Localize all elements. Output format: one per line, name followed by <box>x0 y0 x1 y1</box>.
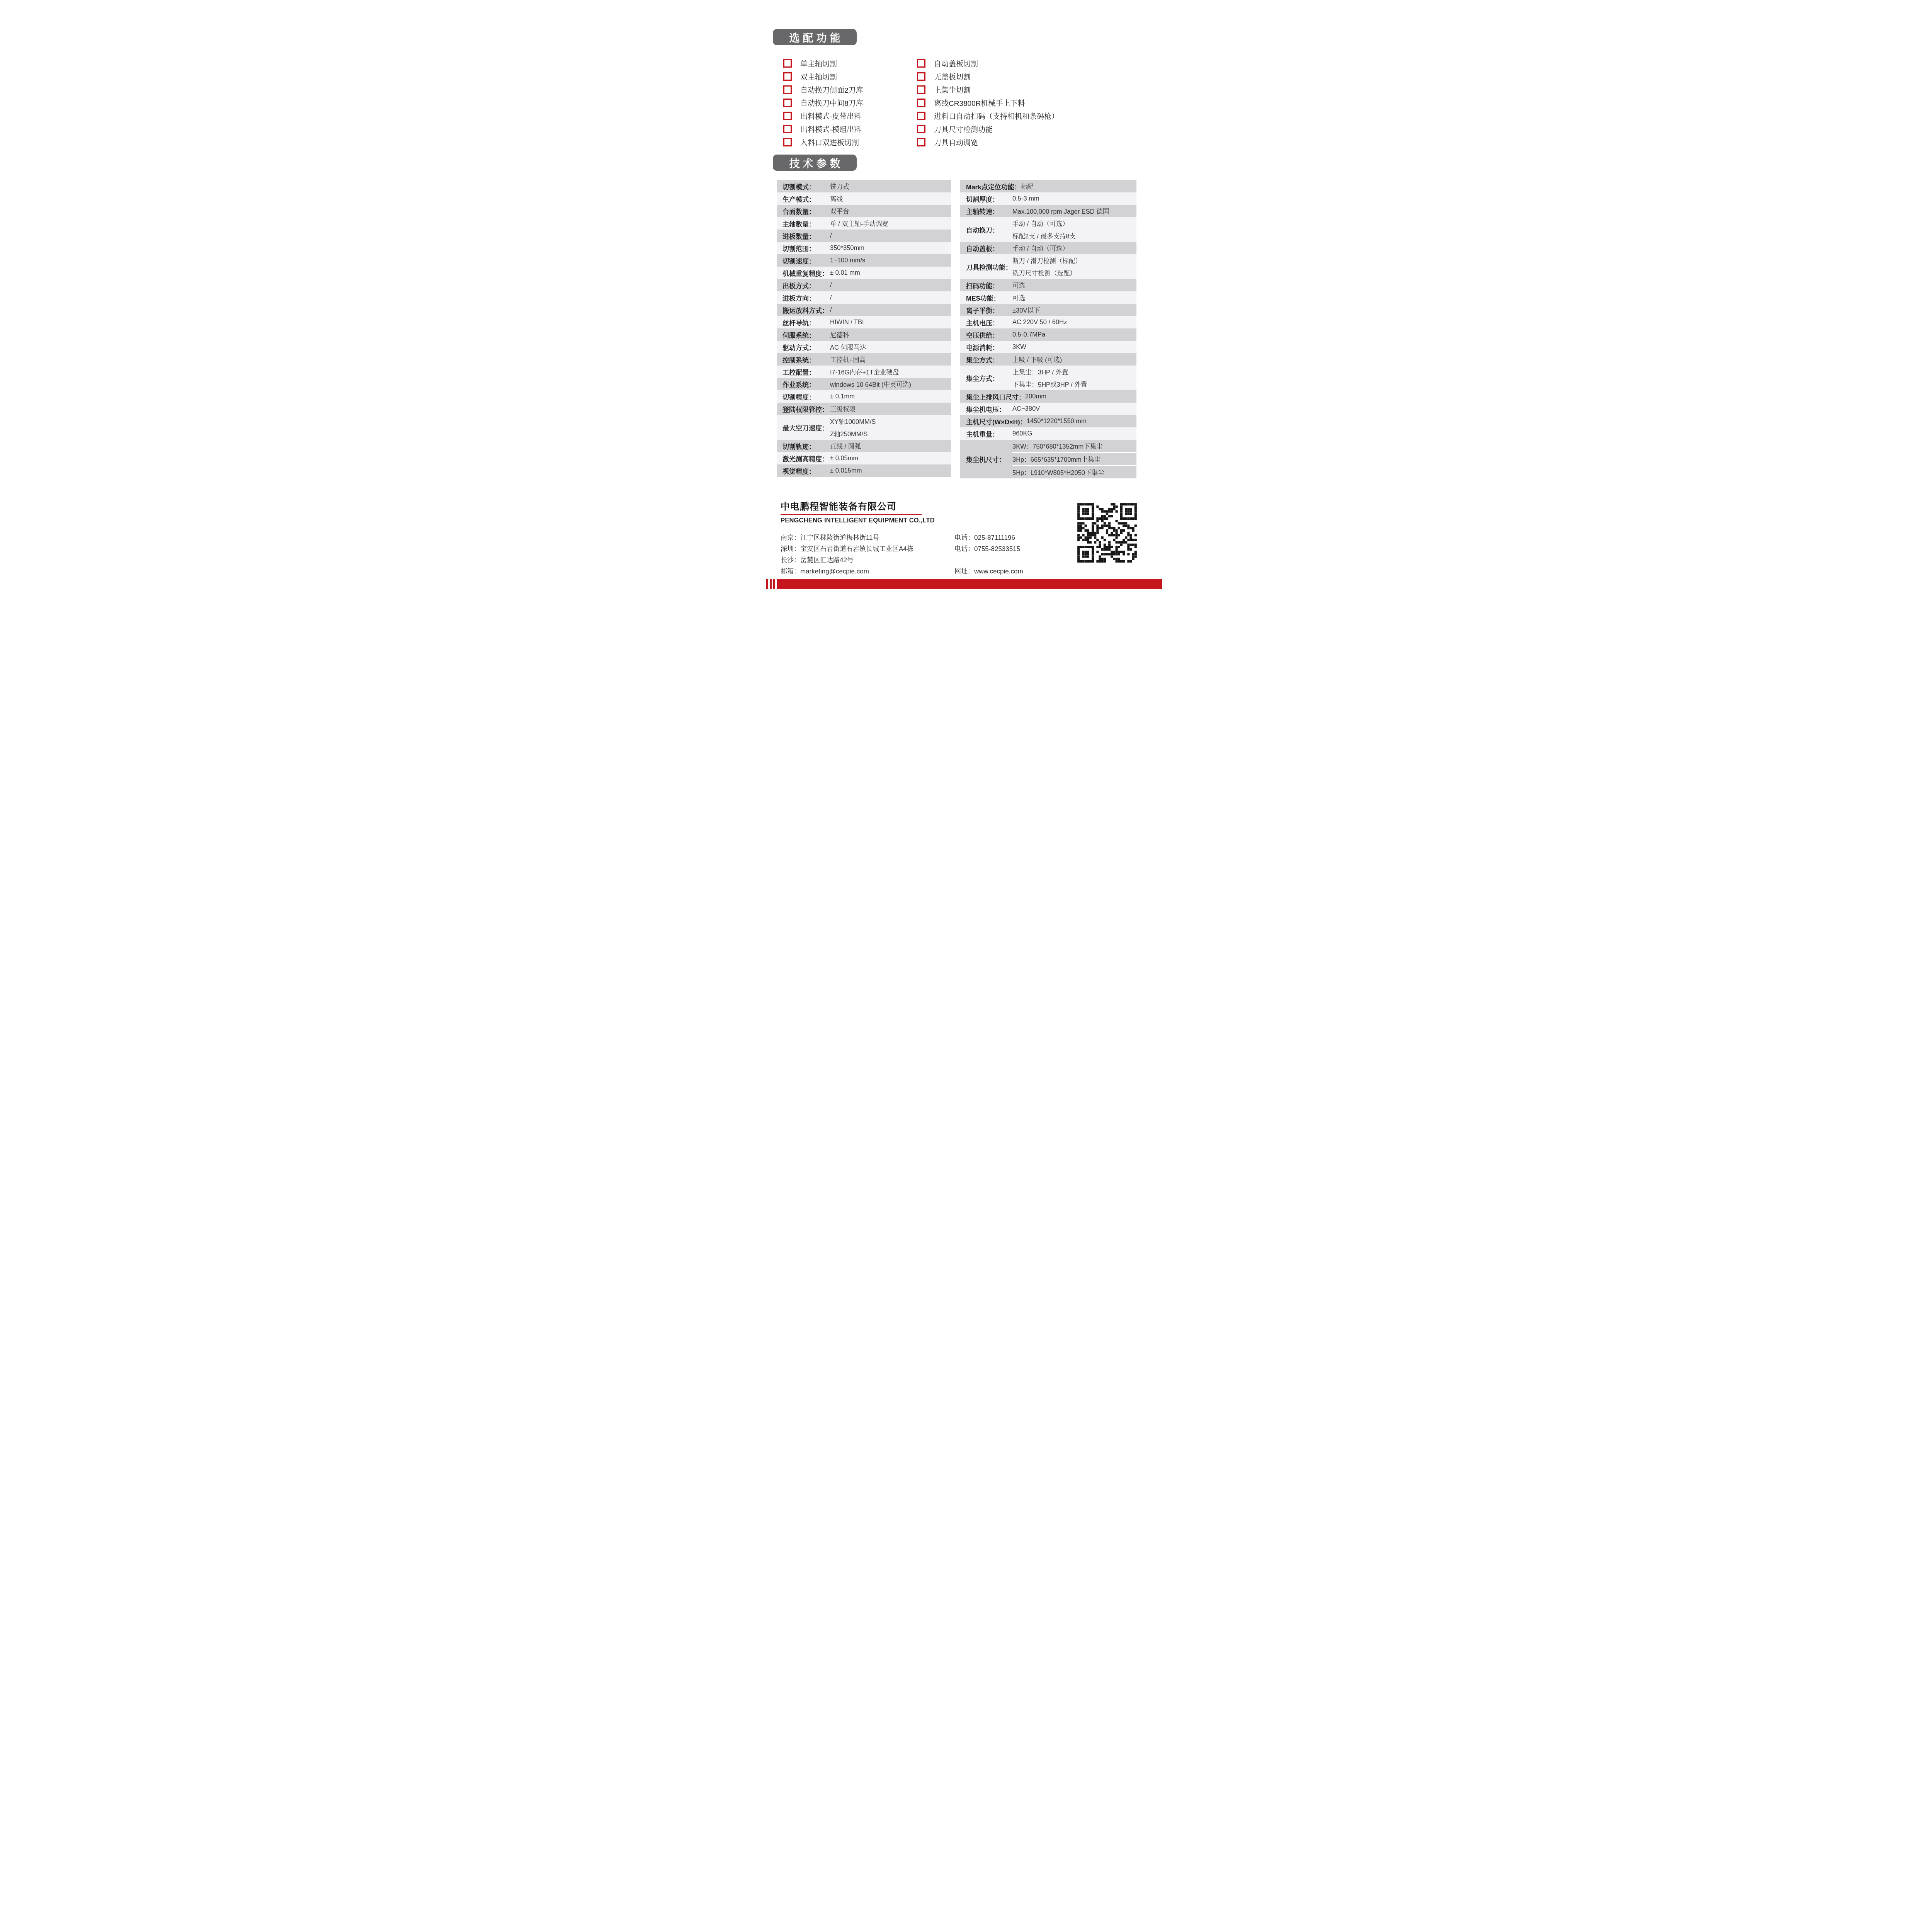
spec-label: Mark点定位功能： <box>960 180 1021 192</box>
spec-row: 进板数量：/ <box>777 230 951 242</box>
section-title-tech-params: 技术参数 <box>773 155 857 171</box>
spec-value: 双平台 <box>830 205 951 217</box>
spec-label: 搬运放料方式： <box>777 304 830 316</box>
spec-value: ± 0.015mm <box>830 464 951 477</box>
spec-row: 切割厚度：0.5-3 mm <box>960 192 1136 205</box>
spec-row: 扫码功能：可选 <box>960 279 1136 291</box>
spec-tables: 切割模式：铣刀式生产模式：离线台面数量：双平台主轴数量：单 / 双主轴-手动调宽… <box>740 180 1177 478</box>
spec-value: 0.5-3 mm <box>1012 192 1136 205</box>
spec-row: 切割模式：铣刀式 <box>777 180 951 192</box>
spec-value-line: ± 0.05mm <box>830 452 951 464</box>
spec-row: 离子平衡：±30V以下 <box>960 304 1136 316</box>
spec-value-line: windows 10 64Bit (中英可选) <box>830 378 951 390</box>
spec-value-line: AC~380V <box>1012 403 1136 415</box>
spec-value: 960KG <box>1012 427 1136 440</box>
spec-value-line: 铣刀尺寸检测（选配） <box>1012 267 1136 279</box>
spec-row: 切割精度：± 0.1mm <box>777 390 951 403</box>
option-label: 出料模式-皮带出料 <box>800 111 861 121</box>
spec-value: 0.5-0.7MPa <box>1012 328 1136 341</box>
spec-row: 集尘方式：上集尘：3HP / 外置下集尘：5HP或3HP / 外置 <box>960 366 1136 390</box>
spec-label: 作业系统： <box>777 378 830 390</box>
spec-row: 台面数量：双平台 <box>777 205 951 217</box>
spec-label: 伺服系统： <box>777 328 830 341</box>
spec-label: 进板方向： <box>777 291 830 304</box>
spec-label: 台面数量： <box>777 205 830 217</box>
spec-table-right: Mark点定位功能：标配切割厚度：0.5-3 mm主轴转速：Max.100,00… <box>960 180 1136 478</box>
option-label: 双主轴切割 <box>800 71 837 82</box>
contact-label-2: 网址： <box>954 566 974 577</box>
spec-label: 刀具检测功能： <box>960 254 1012 279</box>
spec-value-line: 3KW <box>1012 341 1136 353</box>
spec-label: 电源消耗： <box>960 341 1012 353</box>
contact-value: 岳麓区汇达路42号 <box>800 554 854 566</box>
spec-value: 3KW：750*680*1352mm下集尘3Hp：665*635*1700mm上… <box>1012 440 1136 478</box>
spec-label: 激光测高精度： <box>777 452 830 464</box>
spec-value-line: 1450*1220*1550 mm <box>1027 415 1136 427</box>
spec-value-line: 可选 <box>1012 291 1136 304</box>
spec-label: 自动盖板： <box>960 242 1012 254</box>
spec-label: 视觉精度： <box>777 464 830 477</box>
checkbox-icon[interactable] <box>783 112 792 120</box>
spec-value-line: Z轴250MM/S <box>830 427 951 440</box>
spec-label: 主轴数量： <box>777 217 830 230</box>
spec-row: 自动盖板：手动 / 自动（可选） <box>960 242 1136 254</box>
spec-label: 集尘方式： <box>960 353 1012 366</box>
option-row-left-0: 单主轴切割 <box>783 57 917 70</box>
option-label: 刀具尺寸检测功能 <box>934 124 993 134</box>
spec-value-line: 工控机+固高 <box>830 353 951 366</box>
spec-value-line: 上吸 / 下吸 (可选) <box>1012 353 1136 366</box>
spec-value-line: AC 伺服马达 <box>830 341 951 353</box>
spec-value-line: ± 0.01 mm <box>830 267 951 279</box>
spec-label: 丝杆导轨： <box>777 316 830 328</box>
spec-value: / <box>830 304 951 316</box>
spec-value-line: / <box>830 279 951 291</box>
spec-value-line: 双平台 <box>830 205 951 217</box>
spec-value: 1~100 mm/s <box>830 254 951 267</box>
optional-features-left-column: 单主轴切割双主轴切割自动换刀侧面2刀库自动换刀中间8刀库出料模式-皮带出料出料模… <box>783 57 917 149</box>
spec-label: 驱动方式： <box>777 341 830 353</box>
option-label: 进料口自动扫码（支持相机和条码枪） <box>934 111 1059 121</box>
contact-primary: 长沙：岳麓区汇达路42号 <box>781 554 954 566</box>
option-row-right-4: 进料口自动扫码（支持相机和条码枪） <box>917 109 1059 122</box>
spec-value-line: 直线 / 圆弧 <box>830 440 951 452</box>
spec-row: 最大空刀速度：XY轴1000MM/SZ轴250MM/S <box>777 415 951 440</box>
spec-row: 主机电压：AC 220V 50 / 60Hz <box>960 316 1136 328</box>
contact-label: 邮箱： <box>781 566 800 577</box>
contact-primary: 邮箱：marketing@cecpie.com <box>781 566 954 577</box>
spec-row: 主轴数量：单 / 双主轴-手动调宽 <box>777 217 951 230</box>
checkbox-icon[interactable] <box>917 99 925 107</box>
spec-row: 搬运放料方式：/ <box>777 304 951 316</box>
spec-label: 空压供给： <box>960 328 1012 341</box>
option-label: 入料口双进板切割 <box>800 137 859 148</box>
spec-row: 激光测高精度：± 0.05mm <box>777 452 951 464</box>
spec-value: 离线 <box>830 192 951 205</box>
spec-label: 工控配置： <box>777 366 830 378</box>
option-row-right-6: 刀具自动调宽 <box>917 136 1059 149</box>
spec-value: Max.100,000 rpm Jager ESD 德国 <box>1012 205 1136 217</box>
spec-value-line: 离线 <box>830 192 951 205</box>
spec-label: 最大空刀速度： <box>777 415 830 440</box>
spec-row: 机械重复精度：± 0.01 mm <box>777 267 951 279</box>
spec-value-line: XY轴1000MM/S <box>830 415 951 427</box>
spec-label: 控制系统： <box>777 353 830 366</box>
option-row-left-5: 出料模式-模组出料 <box>783 122 917 136</box>
spec-label: 集尘上排风口尺寸： <box>960 390 1025 403</box>
spec-row: 主机重量：960KG <box>960 427 1136 440</box>
spec-value-line: 上集尘：3HP / 外置 <box>1012 366 1136 378</box>
spec-value-line: Max.100,000 rpm Jager ESD 德国 <box>1012 205 1136 217</box>
spec-row: 作业系统：windows 10 64Bit (中英可选) <box>777 378 951 390</box>
spec-value-line: HIWIN / TBI <box>830 316 951 328</box>
spec-row: 集尘上排风口尺寸：200mm <box>960 390 1136 403</box>
spec-row: 集尘机电压：AC~380V <box>960 403 1136 415</box>
checkbox-icon[interactable] <box>783 72 792 81</box>
red-bar-long <box>777 579 1162 589</box>
spec-value: I7-16G内存+1T企业硬盘 <box>830 366 951 378</box>
spec-value: 3KW <box>1012 341 1136 353</box>
spec-row: 自动换刀：手动 / 自动（可选）标配2支 / 最多支持8支 <box>960 217 1136 242</box>
spec-value-line: 铣刀式 <box>830 180 951 192</box>
checkbox-icon[interactable] <box>783 85 792 94</box>
spec-value: ± 0.05mm <box>830 452 951 464</box>
contact-label: 长沙： <box>781 554 800 566</box>
section-title-optional-features: 选配功能 <box>773 29 857 45</box>
contact-primary: 深圳：宝安区石岩街道石岩镇长城工业区A4栋 <box>781 543 954 554</box>
checkbox-icon[interactable] <box>917 85 925 94</box>
footer-red-bars <box>766 579 1162 589</box>
spec-value-line: 可选 <box>1012 279 1136 291</box>
contact-value: 宝安区石岩街道石岩镇长城工业区A4栋 <box>800 543 913 554</box>
spec-row: 驱动方式：AC 伺服马达 <box>777 341 951 353</box>
option-row-left-6: 入料口双进板切割 <box>783 136 917 149</box>
spec-value: 手动 / 自动（可选） <box>1012 242 1136 254</box>
spec-row: 视觉精度：± 0.015mm <box>777 464 951 477</box>
spec-row: 集尘机尺寸：3KW：750*680*1352mm下集尘3Hp：665*635*1… <box>960 440 1136 478</box>
page: 选配功能 单主轴切割双主轴切割自动换刀侧面2刀库自动换刀中间8刀库出料模式-皮带… <box>740 0 1177 618</box>
spec-value-line: 手动 / 自动（可选） <box>1012 217 1136 230</box>
spec-value-line: 0.5-3 mm <box>1012 192 1136 205</box>
spec-value-line: / <box>830 291 951 304</box>
spec-value-line: / <box>830 230 951 242</box>
spec-value: 上集尘：3HP / 外置下集尘：5HP或3HP / 外置 <box>1012 366 1136 390</box>
contact-row: 邮箱：marketing@cecpie.com网址：www.cecpie.com <box>781 566 1177 577</box>
spec-value: 可选 <box>1012 291 1136 304</box>
spec-value: 三级权限 <box>830 403 951 415</box>
spec-value-line: 断刀 / 滑刀检测（标配） <box>1012 254 1136 267</box>
spec-label: 主机尺寸(W×D×H)： <box>960 415 1027 427</box>
spec-value: HIWIN / TBI <box>830 316 951 328</box>
spec-label: 出板方式： <box>777 279 830 291</box>
spec-value-line: I7-16G内存+1T企业硬盘 <box>830 366 951 378</box>
spec-value-line: 0.5-0.7MPa <box>1012 328 1136 341</box>
option-label: 刀具自动调宽 <box>934 137 978 148</box>
spec-value: ± 0.1mm <box>830 390 951 403</box>
spec-value: 断刀 / 滑刀检测（标配）铣刀尺寸检测（选配） <box>1012 254 1136 279</box>
contact-value-2: www.cecpie.com <box>974 566 1023 577</box>
spec-value: 350*350mm <box>830 242 951 254</box>
spec-value: 200mm <box>1025 390 1136 403</box>
spec-row: Mark点定位功能：标配 <box>960 180 1136 192</box>
spec-label: 扫码功能： <box>960 279 1012 291</box>
option-label: 上集尘切割 <box>934 85 971 95</box>
contact-value-2: 025-87111196 <box>974 532 1015 543</box>
spec-table-left: 切割模式：铣刀式生产模式：离线台面数量：双平台主轴数量：单 / 双主轴-手动调宽… <box>777 180 951 478</box>
option-label: 离线CR3800R机械手上下料 <box>934 98 1025 108</box>
spec-label: 集尘机电压： <box>960 403 1012 415</box>
spec-value-line: AC 220V 50 / 60Hz <box>1012 316 1136 328</box>
option-label: 自动换刀侧面2刀库 <box>800 85 863 95</box>
spec-row: 登陆权限管控：三级权限 <box>777 403 951 415</box>
spec-label: 切割范围： <box>777 242 830 254</box>
option-row-left-2: 自动换刀侧面2刀库 <box>783 83 917 96</box>
spec-value: AC 伺服马达 <box>830 341 951 353</box>
spec-value: AC~380V <box>1012 403 1136 415</box>
spec-value-line: 标配2支 / 最多支持8支 <box>1012 230 1136 242</box>
spec-value: ± 0.01 mm <box>830 267 951 279</box>
checkbox-icon[interactable] <box>917 72 925 81</box>
spec-value-line: 5Hp：L910*W805*H2050下集尘 <box>1012 465 1136 478</box>
spec-value-line: 尼德科 <box>830 328 951 341</box>
spec-value-line: 1~100 mm/s <box>830 254 951 267</box>
spec-label: 主机重量： <box>960 427 1012 440</box>
checkbox-icon[interactable] <box>783 99 792 107</box>
checkbox-icon[interactable] <box>783 59 792 68</box>
spec-value: 工控机+固高 <box>830 353 951 366</box>
spec-value-line: / <box>830 304 951 316</box>
option-row-left-3: 自动换刀中间8刀库 <box>783 96 917 109</box>
red-bar-small <box>766 579 768 589</box>
spec-label: 切割精度： <box>777 390 830 403</box>
checkbox-icon[interactable] <box>783 138 792 146</box>
option-label: 无盖板切割 <box>934 71 971 82</box>
spec-row: 主机尺寸(W×D×H)：1450*1220*1550 mm <box>960 415 1136 427</box>
spec-row: 切割范围：350*350mm <box>777 242 951 254</box>
optional-features-list: 单主轴切割双主轴切割自动换刀侧面2刀库自动换刀中间8刀库出料模式-皮带出料出料模… <box>740 57 1177 149</box>
option-label: 出料模式-模组出料 <box>800 124 861 134</box>
option-row-left-1: 双主轴切割 <box>783 70 917 83</box>
option-row-right-2: 上集尘切割 <box>917 83 1059 96</box>
spec-label: 生产模式： <box>777 192 830 205</box>
spec-value: 铣刀式 <box>830 180 951 192</box>
contact-primary: 南京：江宁区秣陵街道梅林街11号 <box>781 532 954 543</box>
spec-value: 可选 <box>1012 279 1136 291</box>
spec-value: XY轴1000MM/SZ轴250MM/S <box>830 415 951 440</box>
spec-row: 集尘方式：上吸 / 下吸 (可选) <box>960 353 1136 366</box>
spec-row: 控制系统：工控机+固高 <box>777 353 951 366</box>
spec-label: 集尘机尺寸： <box>960 440 1012 478</box>
contact-label: 南京： <box>781 532 800 543</box>
spec-value: ±30V以下 <box>1012 304 1136 316</box>
checkbox-icon[interactable] <box>917 125 925 133</box>
spec-label: 集尘方式： <box>960 366 1012 390</box>
spec-label: 主轴转速： <box>960 205 1012 217</box>
spec-value-line: 350*350mm <box>830 242 951 254</box>
spec-value-line: 960KG <box>1012 427 1136 440</box>
spec-value-line: ± 0.015mm <box>830 464 951 477</box>
red-bar-small <box>773 579 775 589</box>
spec-value: windows 10 64Bit (中英可选) <box>830 378 951 390</box>
spec-label: 切割模式： <box>777 180 830 192</box>
red-bar-small <box>770 579 772 589</box>
spec-value-line: 手动 / 自动（可选） <box>1012 242 1136 254</box>
spec-label: 自动换刀： <box>960 217 1012 242</box>
spec-row: 出板方式：/ <box>777 279 951 291</box>
spec-value-line: 200mm <box>1025 390 1136 403</box>
spec-value: 1450*1220*1550 mm <box>1027 415 1136 427</box>
spec-label: 切割厚度： <box>960 192 1012 205</box>
optional-features-right-column: 自动盖板切割无盖板切割上集尘切割离线CR3800R机械手上下料进料口自动扫码（支… <box>917 57 1059 149</box>
spec-value-line: 单 / 双主轴-手动调宽 <box>830 217 951 230</box>
spec-row: 刀具检测功能：断刀 / 滑刀检测（标配）铣刀尺寸检测（选配） <box>960 254 1136 279</box>
option-row-right-3: 离线CR3800R机械手上下料 <box>917 96 1059 109</box>
spec-value: 单 / 双主轴-手动调宽 <box>830 217 951 230</box>
spec-label: 机械重复精度： <box>777 267 830 279</box>
contact-label: 深圳： <box>781 543 800 554</box>
spec-label: 进板数量： <box>777 230 830 242</box>
spec-row: 生产模式：离线 <box>777 192 951 205</box>
spec-label: 切割速度： <box>777 254 830 267</box>
spec-row: 主轴转速：Max.100,000 rpm Jager ESD 德国 <box>960 205 1136 217</box>
checkbox-icon[interactable] <box>917 112 925 120</box>
option-row-right-0: 自动盖板切割 <box>917 57 1059 70</box>
spec-value-line: 下集尘：5HP或3HP / 外置 <box>1012 378 1136 390</box>
spec-row: 伺服系统：尼德科 <box>777 328 951 341</box>
spec-label: 主机电压： <box>960 316 1012 328</box>
spec-row: 切割速度：1~100 mm/s <box>777 254 951 267</box>
spec-value: 上吸 / 下吸 (可选) <box>1012 353 1136 366</box>
spec-value: 标配 <box>1021 180 1136 192</box>
spec-value: / <box>830 230 951 242</box>
spec-row: 切割轨迹：直线 / 圆弧 <box>777 440 951 452</box>
spec-value: 手动 / 自动（可选）标配2支 / 最多支持8支 <box>1012 217 1136 242</box>
contact-value: marketing@cecpie.com <box>800 566 869 577</box>
spec-value-line: 3KW：750*680*1352mm下集尘 <box>1012 440 1136 452</box>
spec-value: AC 220V 50 / 60Hz <box>1012 316 1136 328</box>
option-row-left-4: 出料模式-皮带出料 <box>783 109 917 122</box>
contact-value-2: 0755-82533515 <box>974 543 1020 554</box>
contact-value: 江宁区秣陵街道梅林街11号 <box>800 532 879 543</box>
option-row-right-1: 无盖板切割 <box>917 70 1059 83</box>
spec-label: MES功能： <box>960 291 1012 304</box>
checkbox-icon[interactable] <box>917 138 925 146</box>
spec-value: / <box>830 279 951 291</box>
spec-value-line: ± 0.1mm <box>830 390 951 403</box>
spec-row: 丝杆导轨：HIWIN / TBI <box>777 316 951 328</box>
spec-value-line: 标配 <box>1021 180 1136 192</box>
checkbox-icon[interactable] <box>783 125 792 133</box>
qr-code <box>1075 501 1139 565</box>
spec-row: 工控配置：I7-16G内存+1T企业硬盘 <box>777 366 951 378</box>
option-row-right-5: 刀具尺寸检测功能 <box>917 122 1059 136</box>
spec-value: / <box>830 291 951 304</box>
spec-row: 进板方向：/ <box>777 291 951 304</box>
spec-value-line: ±30V以下 <box>1012 304 1136 316</box>
spec-row: 空压供给：0.5-0.7MPa <box>960 328 1136 341</box>
spec-row: 电源消耗：3KW <box>960 341 1136 353</box>
spec-row: MES功能：可选 <box>960 291 1136 304</box>
spec-label: 离子平衡： <box>960 304 1012 316</box>
contact-label-2: 电话： <box>954 543 974 554</box>
spec-label: 登陆权限管控： <box>777 403 830 415</box>
red-underline <box>781 514 922 515</box>
spec-value-line: 三级权限 <box>830 403 951 415</box>
option-label: 单主轴切割 <box>800 58 837 69</box>
spec-value: 尼德科 <box>830 328 951 341</box>
option-label: 自动换刀中间8刀库 <box>800 98 863 108</box>
spec-value: 直线 / 圆弧 <box>830 440 951 452</box>
checkbox-icon[interactable] <box>917 59 925 68</box>
option-label: 自动盖板切割 <box>934 58 978 69</box>
contact-label-2: 电话： <box>954 532 974 543</box>
spec-label: 切割轨迹： <box>777 440 830 452</box>
spec-value-line: 3Hp：665*635*1700mm上集尘 <box>1012 452 1136 465</box>
